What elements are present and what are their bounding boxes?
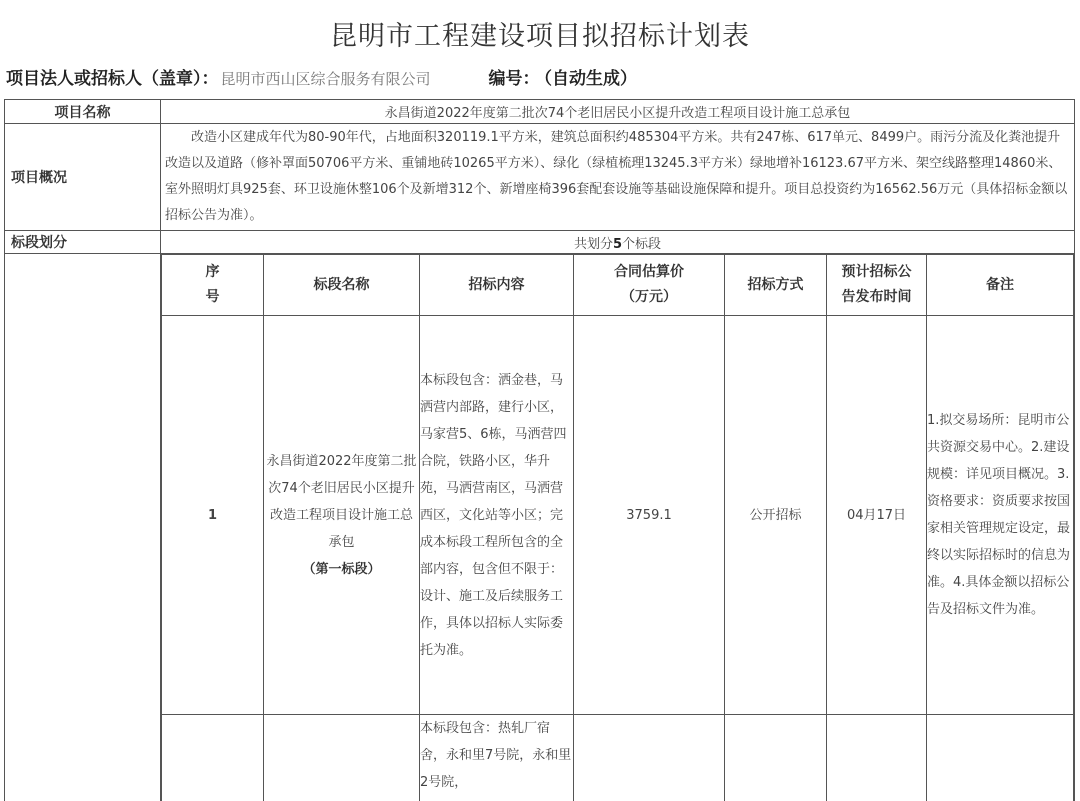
project-name-label: 项目名称 <box>5 100 161 124</box>
project-overview-row: 项目概况 改造小区建成年代为80-90年代，占地面积320119.1平方米，建筑… <box>5 124 1075 231</box>
table-row: 本标段包含：热轧厂宿舍，永和里7号院，永和里2号院， <box>162 715 1074 801</box>
sections-left-empty <box>5 254 161 801</box>
row-time <box>827 715 927 801</box>
header-content: 招标内容 <box>420 255 574 316</box>
project-name-value: 永昌街道2022年度第二批次74个老旧居民小区提升改造工程项目设计施工总承包 <box>161 100 1075 124</box>
header-seq: 序号 <box>162 255 264 316</box>
project-overview-value: 改造小区建成年代为80-90年代，占地面积320119.1平方米，建筑总面积约4… <box>161 124 1075 231</box>
tenderer-label: 项目法人或招标人（盖章）： <box>6 69 219 89</box>
sections-container: 序号 标段名称 招标内容 合同估算价（万元） 招标方式 预计招标公告发布时间 备… <box>161 254 1075 801</box>
tenderer-value: 昆明市西山区综合服务有限公司 <box>221 70 431 88</box>
tender-plan-table: 项目名称 永昌街道2022年度第二批次74个老旧居民小区提升改造工程项目设计施工… <box>4 99 1075 801</box>
row-remark: 1.拟交易场所：昆明市公共资源交易中心。2.建设规模：详见项目概况。3.资格要求… <box>927 316 1074 715</box>
number-label: 编号： <box>489 69 540 89</box>
header-name: 标段名称 <box>264 255 420 316</box>
section-split-row: 标段划分 共划分5个标段 <box>5 231 1075 254</box>
row-method: 公开招标 <box>725 316 827 715</box>
split-count: 5 <box>613 237 622 252</box>
row-content: 本标段包含：洒金巷，马洒营内部路，建行小区，马家营5、6栋，马洒营四合院，铁路小… <box>420 316 574 715</box>
header-method: 招标方式 <box>725 255 827 316</box>
header-remark: 备注 <box>927 255 1074 316</box>
row-name: 永昌街道2022年度第二批次74个老旧居民小区提升改造工程项目设计施工总承包（第… <box>264 316 420 715</box>
table-row: 1 永昌街道2022年度第二批次74个老旧居民小区提升改造工程项目设计施工总承包… <box>162 316 1074 715</box>
row-content: 本标段包含：热轧厂宿舍，永和里7号院，永和里2号院， <box>420 715 574 801</box>
page-title: 昆明市工程建设项目拟招标计划表 <box>0 14 1080 53</box>
row-time: 04月17日 <box>827 316 927 715</box>
sections-header-row: 序号 标段名称 招标内容 合同估算价（万元） 招标方式 预计招标公告发布时间 备… <box>162 255 1074 316</box>
row-price <box>574 715 725 801</box>
section-split-value: 共划分5个标段 <box>161 231 1075 254</box>
row-seq: 1 <box>162 316 264 715</box>
split-prefix: 共划分 <box>574 237 613 252</box>
row-name <box>264 715 420 801</box>
header-price: 合同估算价（万元） <box>574 255 725 316</box>
split-suffix: 个标段 <box>622 237 661 252</box>
header-meta: 项目法人或招标人（盖章）：昆明市西山区综合服务有限公司编号：（自动生成） <box>6 64 637 89</box>
section-split-label: 标段划分 <box>5 231 161 254</box>
project-overview-label: 项目概况 <box>5 124 161 231</box>
header-time: 预计招标公告发布时间 <box>827 255 927 316</box>
row-remark <box>927 715 1074 801</box>
row-seq <box>162 715 264 801</box>
number-value: （自动生成） <box>544 69 638 89</box>
sections-table: 序号 标段名称 招标内容 合同估算价（万元） 招标方式 预计招标公告发布时间 备… <box>161 254 1074 801</box>
row-method <box>725 715 827 801</box>
row-price: 3759.1 <box>574 316 725 715</box>
overview-text: 改造小区建成年代为80-90年代，占地面积320119.1平方米，建筑总面积约4… <box>165 130 1067 223</box>
sections-row: 序号 标段名称 招标内容 合同估算价（万元） 招标方式 预计招标公告发布时间 备… <box>5 254 1075 801</box>
project-name-row: 项目名称 永昌街道2022年度第二批次74个老旧居民小区提升改造工程项目设计施工… <box>5 100 1075 124</box>
